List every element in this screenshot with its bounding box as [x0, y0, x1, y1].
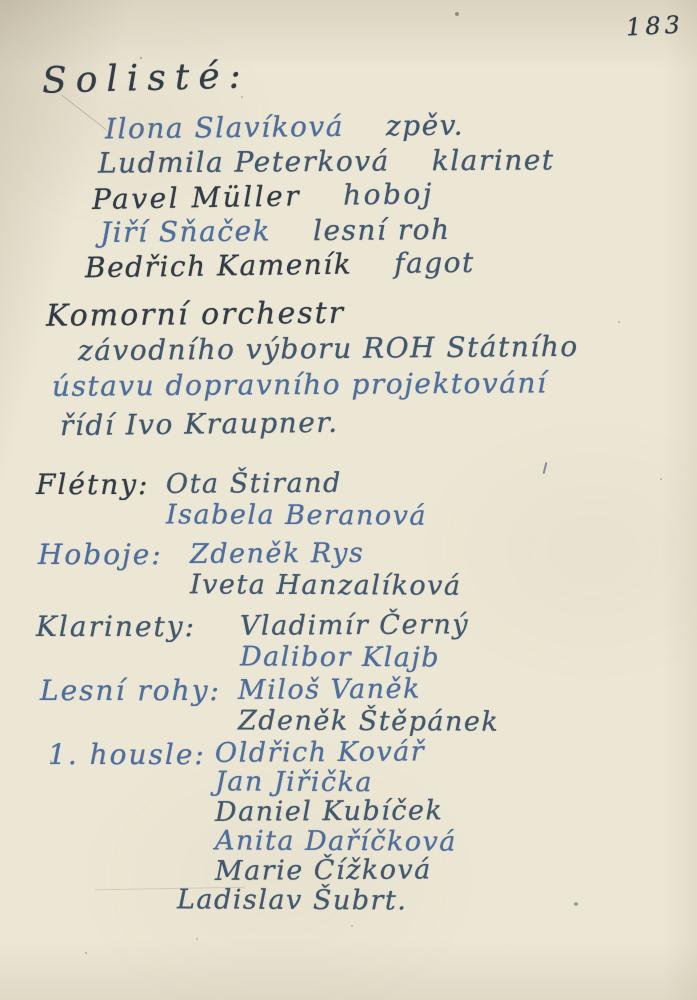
orchestra-line: Komorní orchestr [46, 293, 579, 335]
soloist-instrument: fagot [394, 246, 475, 280]
section-fletny: Flétny: Ota Štirand Isabela Beranová [36, 468, 427, 532]
member-name: Zdeněk Rys [190, 537, 462, 571]
soloist-entry: Ilona Slavíkovázpěv. [105, 108, 555, 147]
soloist-name: Bedřich Kameník [85, 248, 353, 285]
member-name: Iveta Hanzalíková [190, 569, 462, 602]
member-name: Dalibor Klajb [240, 641, 469, 674]
member-name: Isabela Beranová [166, 499, 427, 532]
section-label: Hoboje: [38, 538, 190, 571]
soloist-entry: Ludmila Peterkováklarinet [98, 143, 555, 181]
member-name: Ladislav Šubrt. [177, 885, 457, 916]
member-list: Miloš Vaněk Zdeněk Štěpánek [238, 674, 499, 738]
section-hoboje: Hoboje: Zdeněk Rys Iveta Hanzalíková [38, 538, 462, 602]
section-label: Klarinety: [36, 610, 240, 643]
section-lesni-rohy: Lesní rohy: Miloš Vaněk Zdeněk Štěpánek [40, 674, 499, 738]
page-number: 183 [625, 11, 684, 42]
scanned-page: 183 Solisté: Ilona Slavíkovázpěv. Ludmil… [0, 0, 697, 1000]
soloist-instrument: klarinet [432, 143, 555, 177]
section-label: Flétny: [36, 468, 166, 501]
soloist-name: Jiří Sňaček [100, 214, 271, 248]
member-name: Anita Daříčková [215, 826, 457, 857]
member-list: Ota Štirand Isabela Beranová [166, 468, 427, 532]
member-name: Miloš Vaněk [238, 673, 499, 707]
soloist-name: Ludmila Peterková [98, 144, 390, 179]
ink-tick-mark [543, 462, 548, 474]
soloist-entry: Bedřich Kameníkfagot [85, 245, 555, 286]
member-name: Oldřich Kovář [215, 737, 457, 768]
orchestra-line: závodního výboru ROH Státního [78, 330, 579, 370]
section-first-violins: 1. housle: Oldřich Kovář Jan Jiřička Dan… [48, 738, 457, 915]
soloist-instrument: zpěv. [386, 109, 464, 143]
member-name: Marie Čížková [215, 855, 457, 886]
section-klarinety: Klarinety: Vladimír Černý Dalibor Klajb [36, 610, 469, 674]
section-label: Lesní rohy: [40, 674, 238, 707]
soloist-entry: Pavel Müllerhoboj [92, 175, 555, 218]
soloist-name: Pavel Müller [92, 179, 302, 216]
soloist-instrument: hoboj [343, 177, 434, 212]
orchestra-paragraph: Komorní orchestr závodního výboru ROH St… [46, 296, 579, 442]
member-list: Zdeněk Rys Iveta Hanzalíková [190, 538, 462, 602]
member-name: Daniel Kubíček [215, 796, 457, 827]
section-label: 1. housle: [48, 738, 215, 771]
paper-specks [0, 0, 2, 2]
soloist-instrument: lesní roh [313, 212, 451, 246]
member-name: Jan Jiřička [215, 767, 457, 798]
member-list: Oldřich Kovář Jan Jiřička Daniel Kubíček… [215, 738, 457, 915]
member-name: Vladimír Černý [240, 609, 469, 643]
member-name: Ota Štirand [166, 467, 427, 501]
soloists-heading: Solisté: [41, 55, 250, 101]
soloist-entry: Jiří Sňačeklesní roh [100, 212, 555, 250]
soloist-name: Ilona Slavíková [105, 110, 344, 146]
soloists-list: Ilona Slavíkovázpěv. Ludmila Peterkovákl… [85, 110, 555, 283]
orchestra-line: řídí Ivo Kraupner. [60, 403, 579, 445]
orchestra-line: ústavu dopravního projektování [52, 366, 579, 406]
member-list: Vladimír Černý Dalibor Klajb [240, 610, 469, 674]
member-name: Zdeněk Štěpánek [238, 705, 499, 738]
